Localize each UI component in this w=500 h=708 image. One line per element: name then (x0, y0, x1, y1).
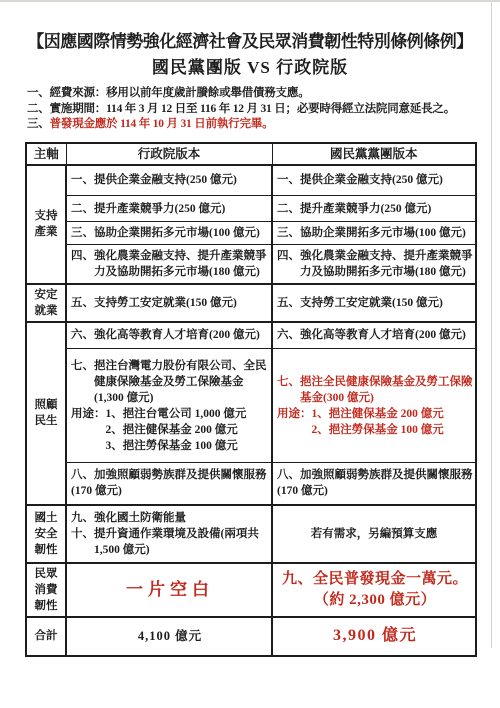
note-cash-deadline: 三、普發現金應於 114 年 10 月 31 日前執行完畢。 (27, 117, 500, 133)
scanned-document-page: 【因應國際情勢強化經濟社會及民眾消費韌性特別條例條例】 國民黨團版 VS 行政院… (0, 0, 500, 708)
column-header-gov-version: 行政院版本 (66, 143, 272, 165)
table-row-item1: 支持 產業 一、提供企業金融支持(250 億元) 一、提供企業金融支持(250 … (26, 165, 476, 196)
cell-item3-gov: 三、協助企業開拓多元市場(100 億元) (66, 222, 272, 245)
axis-homeland-security-resilience: 國土 安全 韌性 (26, 505, 66, 563)
cell-item2-kmt: 二、提升產業競爭力(250 億元) (272, 196, 476, 222)
cell-item7-kmt: 七、挹注全民健康保險基金及勞工保險 基金(300 億元) 用途：1、挹注健保基金… (272, 349, 476, 463)
table-header-row: 主軸 行政院版本 國民黨黨團版本 (26, 143, 476, 165)
table-row-item7: 七、挹注台灣電力股份有限公司、全民 健康保險基金及勞工保險基金 (1,300 億… (26, 349, 476, 463)
table-row-security: 國土 安全 韌性 九、強化國土防衛能量 十、提升資通作業環境及設備(兩項共 1,… (26, 505, 476, 563)
table-row-item6: 照顧 民生 六、強化高等教育人才培育(200 億元) 六、強化高等教育人才培育(… (26, 322, 476, 349)
note-cash-deadline-label: 三、 (27, 118, 50, 130)
cell-item8-gov: 八、加強照顧弱勢族群及提供關懷服務 (170 億元) (66, 463, 272, 505)
cell-consumer-gov-blank: 一片空白 (66, 563, 272, 617)
cell-consumer-kmt-cash-handout: 九、全民普發現金一萬元。 （約 2,300 億元） (272, 563, 476, 617)
cell-item7-gov: 七、挹注台灣電力股份有限公司、全民 健康保險基金及勞工保險基金 (1,300 億… (66, 349, 272, 463)
note-implementation-period: 二、實施期間：114 年 3 月 12 日至 116 年 12 月 31 日；必… (27, 102, 500, 118)
axis-stable-employment: 安定 就業 (26, 284, 66, 322)
note-cash-deadline-text: 普發現金應於 114 年 10 月 31 日前執行完畢。 (50, 118, 274, 130)
note-funding-source-label: 一、 (27, 87, 50, 99)
comparison-table: 主軸 行政院版本 國民黨黨團版本 支持 產業 一、提供企業金融支持(250 億元… (25, 142, 477, 657)
cell-item5-kmt: 五、支持勞工安定就業(150 億元) (272, 284, 476, 322)
note-implementation-period-text: 實施期間：114 年 3 月 12 日至 116 年 12 月 31 日；必要時… (50, 103, 455, 115)
column-header-axis: 主軸 (26, 143, 66, 165)
cell-item6-kmt: 六、強化高等教育人才培育(200 億元) (272, 322, 476, 349)
cell-security-kmt: 若有需求，另編預算支應 (272, 505, 476, 563)
table-row-consumer: 民眾 消費 韌性 一片空白 九、全民普發現金一萬元。 （約 2,300 億元） (26, 563, 476, 617)
cell-item2-gov: 二、提升產業競爭力(250 億元) (66, 196, 272, 222)
cell-item4-gov: 四、強化農業金融支持、提升產業競爭 力及協助開拓多元市場(180 億元) (66, 245, 272, 284)
table-row-item3: 三、協助企業開拓多元市場(100 億元) 三、協助企業開拓多元市場(100 億元… (26, 222, 476, 245)
note-funding-source-text: 經費來源：移用以前年度歲計賸餘或舉借債務支應。 (50, 87, 310, 99)
axis-support-industry: 支持 產業 (26, 165, 66, 284)
note-funding-source: 一、經費來源：移用以前年度歲計賸餘或舉借債務支應。 (27, 86, 500, 102)
notes-list: 一、經費來源：移用以前年度歲計賸餘或舉借債務支應。 二、實施期間：114 年 3… (27, 86, 500, 133)
table-row-item8: 八、加強照顧弱勢族群及提供關懷服務 (170 億元) 八、加強照顧弱勢族群及提供… (26, 463, 476, 505)
column-header-kmt-version: 國民黨黨團版本 (272, 143, 476, 165)
cell-item3-kmt: 三、協助企業開拓多元市場(100 億元) (272, 222, 476, 245)
cell-item8-kmt: 八、加強照顧弱勢族群及提供關懷服務 (170 億元) (272, 463, 476, 505)
axis-consumer-resilience: 民眾 消費 韌性 (26, 563, 66, 617)
table-row-item4: 四、強化農業金融支持、提升產業競爭 力及協助開拓多元市場(180 億元) 四、強… (26, 245, 476, 284)
cell-item1-kmt: 一、提供企業金融支持(250 億元) (272, 165, 476, 196)
cell-security-gov: 九、強化國土防衛能量 十、提升資通作業環境及設備(兩項共 1,500 億元) (66, 505, 272, 563)
document-subtitle: 國民黨團版 VS 行政院版 (0, 54, 500, 81)
note-implementation-period-label: 二、 (27, 103, 50, 115)
table-row-total: 合計 4,100 億元 3,900 億元 (26, 617, 476, 656)
axis-care-livelihood: 照顧 民生 (26, 322, 66, 505)
cell-item6-gov: 六、強化高等教育人才培育(200 億元) (66, 322, 272, 349)
cell-total-gov: 4,100 億元 (66, 617, 272, 656)
axis-total: 合計 (26, 617, 66, 656)
cell-item1-gov: 一、提供企業金融支持(250 億元) (66, 165, 272, 196)
table-row-item5: 安定 就業 五、支持勞工安定就業(150 億元) 五、支持勞工安定就業(150 … (26, 284, 476, 322)
cell-item5-gov: 五、支持勞工安定就業(150 億元) (66, 284, 272, 322)
table-row-item2: 二、提升產業競爭力(250 億元) 二、提升產業競爭力(250 億元) (26, 196, 476, 222)
document-title: 【因應國際情勢強化經濟社會及民眾消費韌性特別條例條例】 (0, 30, 500, 54)
cell-item4-kmt: 四、強化農業金融支持、提升產業競爭 力及協助開拓多元市場(180 億元) (272, 245, 476, 284)
cell-total-kmt: 3,900 億元 (272, 617, 476, 656)
